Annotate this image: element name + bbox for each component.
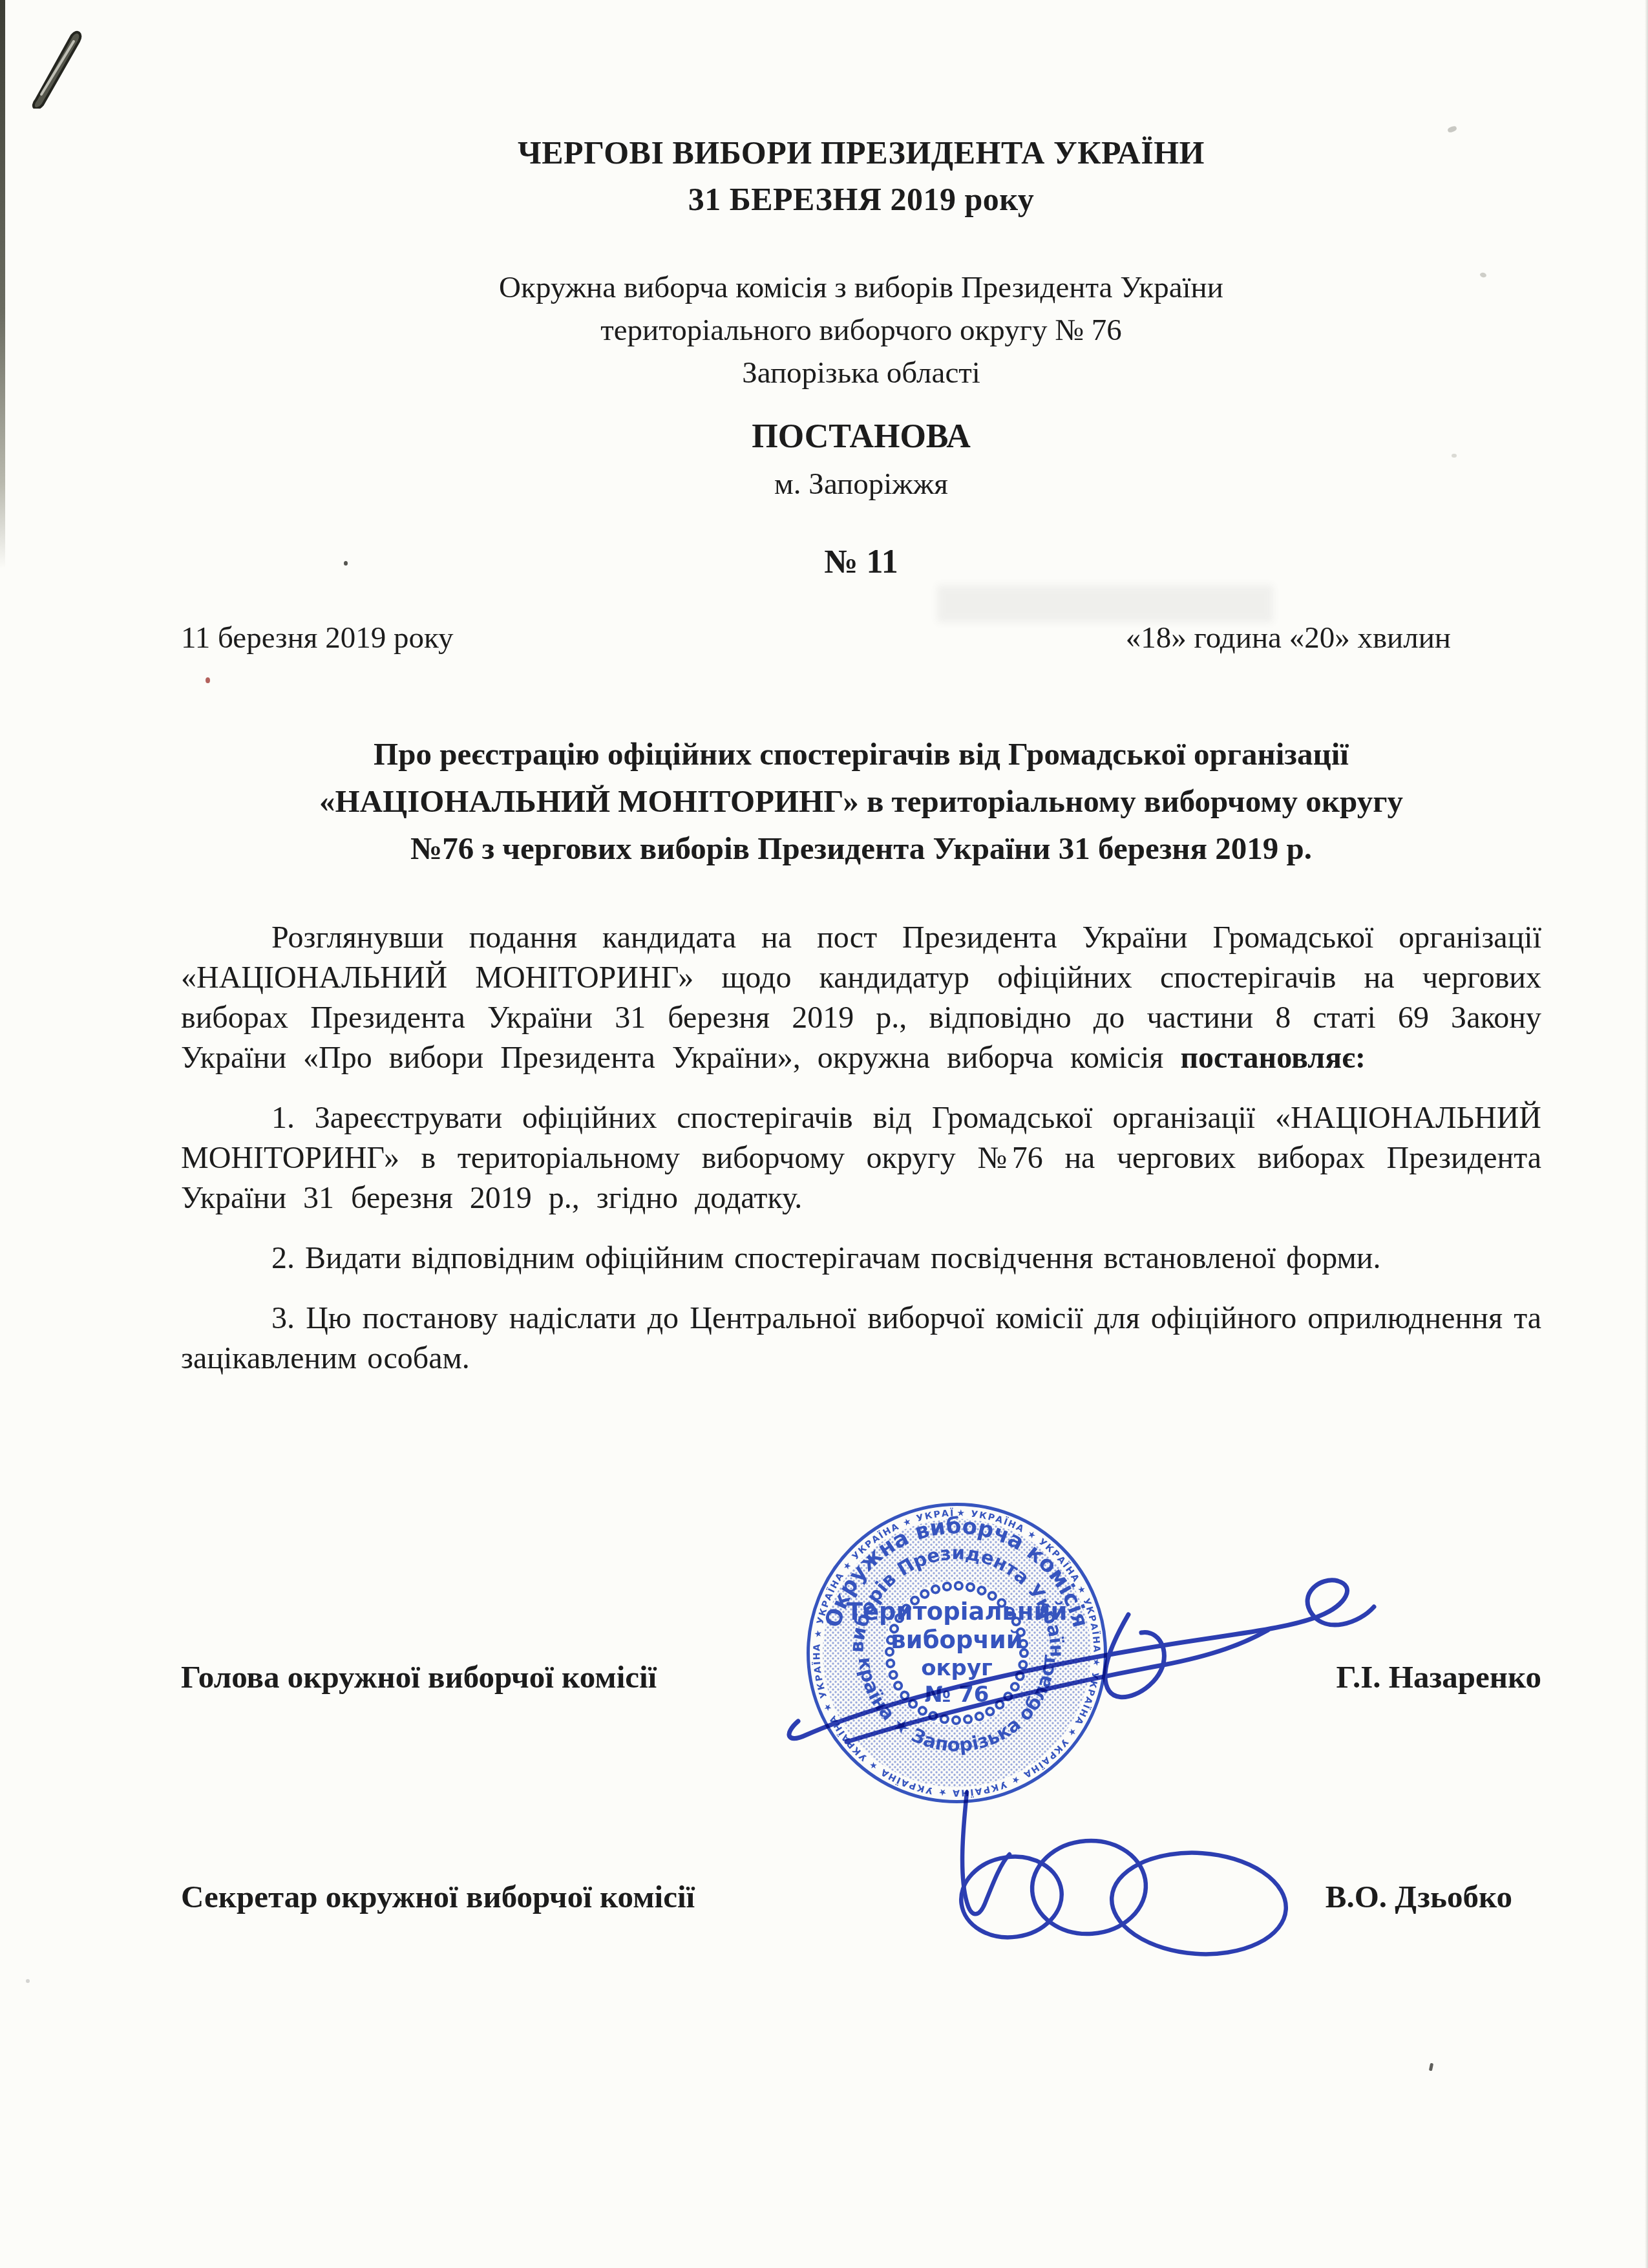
scan-speck — [26, 1979, 30, 1983]
election-header-line1: ЧЕРГОВІ ВИБОРИ ПРЕЗИДЕНТА УКРАЇНИ — [181, 129, 1541, 176]
secretary-signature-row: Секретар окружної виборчої комісії В.О. … — [181, 1878, 1541, 1915]
commission-line3: Запорізька області — [181, 352, 1541, 394]
resolution-title-line1: Про реєстрацію офіційних спостерігачів в… — [181, 730, 1541, 778]
resolution-body: Розглянувши подання кандидата на пост Пр… — [181, 918, 1541, 1379]
secretary-name: В.О. Дзьобко — [1326, 1878, 1512, 1915]
preamble-resolves-word: постановляє: — [1180, 1041, 1366, 1075]
secretary-label: Секретар окружної виборчої комісії — [181, 1878, 695, 1915]
head-signature-row: Голова окружної виборчої комісії Г.І. На… — [181, 1659, 1541, 1695]
scan-speck — [206, 677, 210, 683]
resolution-title-line3: №76 з чергових виборів Президента Україн… — [181, 825, 1541, 872]
resolution-item-2: 2. Видати відповідним офіційним спостері… — [181, 1238, 1541, 1278]
head-label: Голова окружної виборчої комісії — [181, 1659, 657, 1695]
scan-speck — [1429, 2063, 1433, 2072]
document-date: 11 березня 2019 року — [181, 620, 454, 655]
commission-line2: територіального виборчого округу № 76 — [181, 309, 1541, 352]
resolution-item-3: 3. Цю постанову надіслати до Центральної… — [181, 1298, 1541, 1379]
commission-name: Окружна виборча комісія з виборів Презид… — [181, 266, 1541, 394]
scanner-edge-shadow — [0, 0, 5, 569]
commission-line1: Окружна виборча комісія з виборів Презид… — [181, 266, 1541, 309]
scan-speck — [344, 561, 348, 566]
scan-speck — [1452, 454, 1457, 458]
document-number: № 11 — [181, 543, 1541, 581]
election-header: ЧЕРГОВІ ВИБОРИ ПРЕЗИДЕНТА УКРАЇНИ 31 БЕР… — [181, 129, 1541, 222]
resolution-title-line2: «НАЦІОНАЛЬНИЙ МОНІТОРИНГ» в територіальн… — [181, 778, 1541, 825]
date-time-row: 11 березня 2019 року «18» година «20» хв… — [181, 620, 1541, 655]
resolution-item-1: 1. Зареєструвати офіційних спостерігачів… — [181, 1098, 1541, 1218]
head-name: Г.І. Назаренко — [1336, 1659, 1541, 1695]
scanned-document-page: ЧЕРГОВІ ВИБОРИ ПРЕЗИДЕНТА УКРАЇНИ 31 БЕР… — [0, 0, 1648, 2268]
document-type: ПОСТАНОВА — [181, 418, 1541, 456]
preamble-paragraph: Розглянувши подання кандидата на пост Пр… — [181, 918, 1541, 1078]
document-time: «18» година «20» хвилин — [1126, 620, 1541, 655]
scan-ghosting — [937, 585, 1273, 622]
resolution-title: Про реєстрацію офіційних спостерігачів в… — [181, 730, 1541, 872]
election-header-line2: 31 БЕРЕЗНЯ 2019 року — [181, 176, 1541, 222]
document-city: м. Запоріжжя — [181, 467, 1541, 502]
head-signature — [743, 1538, 1415, 1745]
scanner-edge-shadow-right — [1645, 0, 1648, 2268]
staple — [17, 25, 88, 109]
